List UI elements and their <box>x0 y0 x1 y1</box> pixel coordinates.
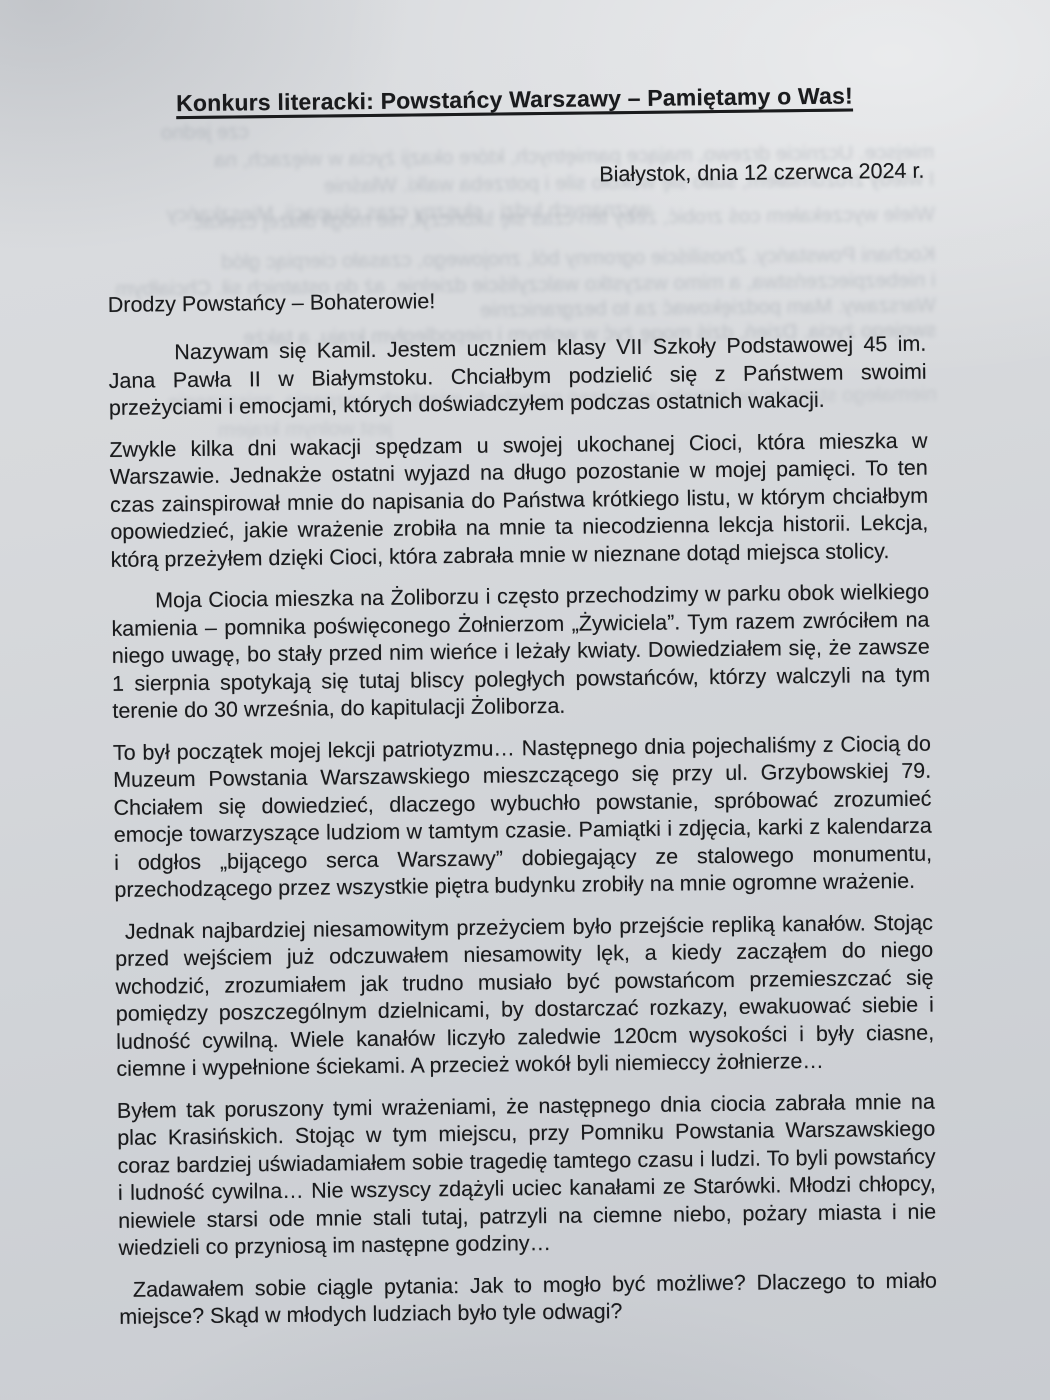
dateline: Białystok, dnia 12 czerwca 2024 r. <box>106 159 924 193</box>
letter-title: Konkurs literacki: Powstańcy Warszawy – … <box>105 82 923 118</box>
letter-paragraph-krasinski: Byłem tak poruszony tymi wrażeniami, że … <box>117 1088 937 1262</box>
letter-paragraph-canals: Jednak najbardziej niesamowitym przeżyci… <box>115 909 935 1083</box>
letter-paragraph-intro: Nazywam się Kamil. Jestem uczniem klasy … <box>108 331 927 423</box>
salutation: Drodzy Powstańcy – Bohaterowie! <box>108 284 926 318</box>
letter-content: Konkurs literacki: Powstańcy Warszawy – … <box>104 0 937 1331</box>
letter-paragraph-vacation: Zwykle kilka dni wakacji spędzam u swoje… <box>109 427 929 574</box>
paper-sheet: cze jedno miejsce. Ucznicie drzewo, mają… <box>0 0 1050 1400</box>
letter-photo: cze jedno miejsce. Ucznicie drzewo, mają… <box>0 0 1050 1400</box>
letter-paragraph-museum: To był początek mojej lekcji patriotyzmu… <box>113 730 933 904</box>
letter-paragraph-zoliborz: Moja Ciocia mieszka na Żoliborzu i częst… <box>111 579 931 726</box>
letter-paragraph-questions: Zadawałem sobie ciągle pytania: Jak to m… <box>119 1267 938 1331</box>
